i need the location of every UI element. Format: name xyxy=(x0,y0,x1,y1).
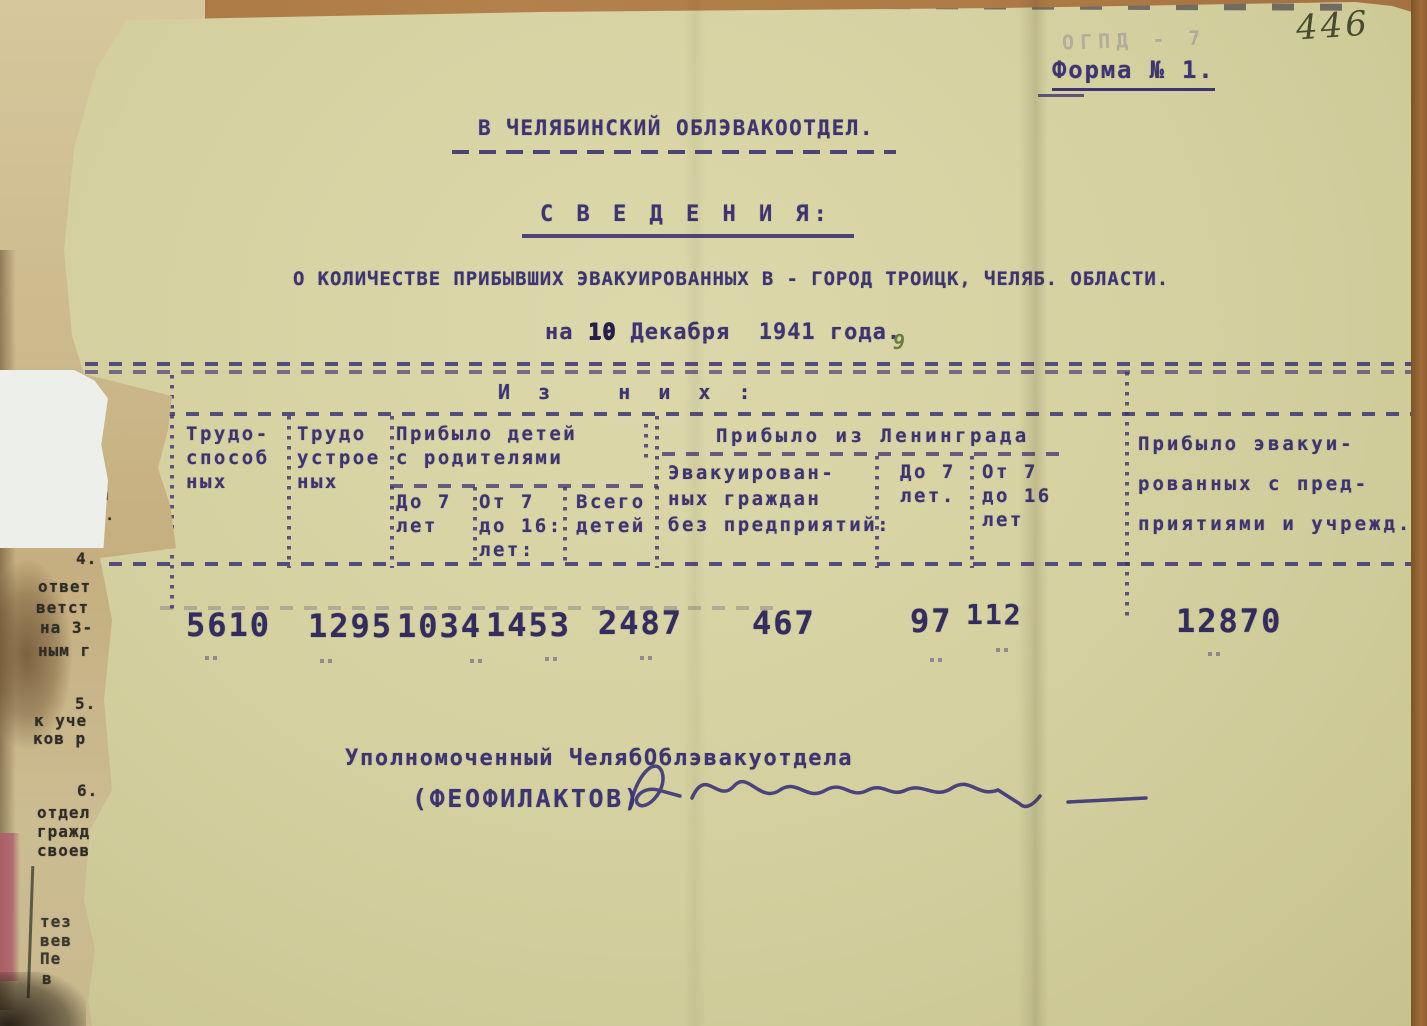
torn-text-fragment: 4. xyxy=(76,549,97,568)
header-leningrad-7to16: От 7 до 16 лет xyxy=(982,460,1052,532)
form-number-label: Форма № 1. xyxy=(1052,56,1215,91)
table-divider xyxy=(287,416,291,568)
table-border-bottom xyxy=(85,562,1413,566)
handwritten-annotation: 9 xyxy=(893,330,905,354)
document-subtitle: О КОЛИЧЕСТВЕ ПРИБЫВШИХ ЭВАКУИРОВАННЫХ В … xyxy=(293,268,1169,290)
ink-smudge-marks xyxy=(1208,652,1221,656)
torn-text-fragment: ответ xyxy=(38,577,91,596)
table-divider xyxy=(390,416,394,568)
table-divider xyxy=(1125,372,1129,620)
value-leningrad-citizens: 467 xyxy=(752,604,816,642)
torn-text-fragment: вев xyxy=(40,931,72,950)
ink-smudge-marks xyxy=(640,656,653,660)
torn-text-fragment: ным г xyxy=(38,641,91,660)
value-with-enterprises: 12870 xyxy=(1176,602,1282,640)
faint-stamp: ОГПД - 7 xyxy=(1062,25,1207,54)
ink-smudge-marks xyxy=(996,648,1009,652)
header-leningrad-citizens: Эвакуирован- ных граждан без предприятий… xyxy=(668,460,891,538)
header-leningrad-under7: До 7 лет. xyxy=(900,460,956,508)
ink-smudge-marks xyxy=(930,658,943,662)
photographed-archival-document: т й е. 4. ответ ветст на З- ным г 5. к у… xyxy=(0,0,1427,1026)
table-border-top2 xyxy=(85,370,1413,374)
torn-text-fragment: Пе xyxy=(40,949,61,968)
header-children-under7: До 7 лет xyxy=(396,490,452,538)
document-page: 446 ОГПД - 7 Форма № 1. В ЧЕЛЯБИНСКИЙ ОБ… xyxy=(0,0,1427,1026)
value-children-7to16: 1453 xyxy=(486,606,571,644)
table-divider xyxy=(170,375,174,615)
torn-text-fragment: к уче xyxy=(34,711,87,730)
torn-text-fragment: гражд xyxy=(37,822,90,841)
ink-smudge-marks xyxy=(205,656,218,660)
addressee-underline xyxy=(452,150,896,154)
header-children-group: Прибыло детей с родителями xyxy=(396,422,577,470)
header-employed: Трудо устрое ных xyxy=(297,422,381,494)
table-border-children xyxy=(390,484,658,488)
torn-text-fragment: своев xyxy=(37,841,90,860)
table-divider xyxy=(970,456,974,568)
ink-smudge-marks xyxy=(545,657,558,661)
header-workcapable: Трудо- способ ных xyxy=(186,422,270,494)
torn-text-fragment: тез xyxy=(40,912,72,931)
table-divider xyxy=(655,416,659,568)
value-workcapable: 5610 xyxy=(186,606,271,644)
table-divider xyxy=(563,487,567,567)
header-leningrad-group: Прибыло из Ленинграда xyxy=(716,424,1030,448)
signature-autograph xyxy=(622,746,1162,838)
value-leningrad-under7: 97 xyxy=(910,602,953,640)
torn-text-fragment: ков р xyxy=(33,729,86,748)
header-children-total: Всего детей xyxy=(576,490,646,538)
desk-surface-edge xyxy=(1411,0,1427,1026)
table-border-top xyxy=(85,362,1413,366)
pink-book-corner xyxy=(0,833,20,981)
header-children-7to16: От 7 до 16: лет: xyxy=(479,490,563,562)
corner-shadow xyxy=(0,972,86,1026)
handwritten-page-number: 446 xyxy=(1295,3,1372,48)
form-label-dash xyxy=(1038,94,1084,97)
torn-text-fragment: на З- xyxy=(40,618,93,637)
torn-text-fragment: 6. xyxy=(77,781,98,800)
top-edge-print-fragments xyxy=(360,0,1360,10)
header-with-enterprises: Прибыло эвакуи- рованных с пред- приятия… xyxy=(1138,424,1412,544)
torn-text-fragment: ветст xyxy=(36,598,89,617)
document-title: С В Е Д Е Н И Я: xyxy=(540,202,832,227)
white-paper-sticker xyxy=(0,370,108,548)
value-children-under7: 1034 xyxy=(397,607,482,645)
ink-smudge-marks xyxy=(470,659,483,663)
date-prefix: на xyxy=(545,320,588,345)
date-day: 10 xyxy=(588,320,617,345)
date-rest: Декабря 1941 года. xyxy=(616,320,901,345)
addressee-line: В ЧЕЛЯБИНСКИЙ ОБЛЭВАКООТДЕЛ. xyxy=(478,116,874,140)
table-border-under-span xyxy=(162,412,1413,416)
value-leningrad-7to16: 112 xyxy=(966,598,1023,631)
table-span-header: И з н и х : xyxy=(498,380,759,404)
ink-smudge-marks xyxy=(320,659,333,663)
torn-text-fragment: отдел xyxy=(37,803,90,822)
title-underline xyxy=(522,234,854,238)
official-name: (ФЕОФИЛАКТОВ) xyxy=(412,784,641,813)
table-divider xyxy=(644,424,648,458)
table-divider xyxy=(473,487,477,567)
date-line: на 10 Декабря 1941 года. xyxy=(545,320,901,345)
value-employed: 1295 xyxy=(308,607,393,645)
value-children-total: 2487 xyxy=(598,604,683,642)
table-border-leningrad xyxy=(662,452,1064,456)
